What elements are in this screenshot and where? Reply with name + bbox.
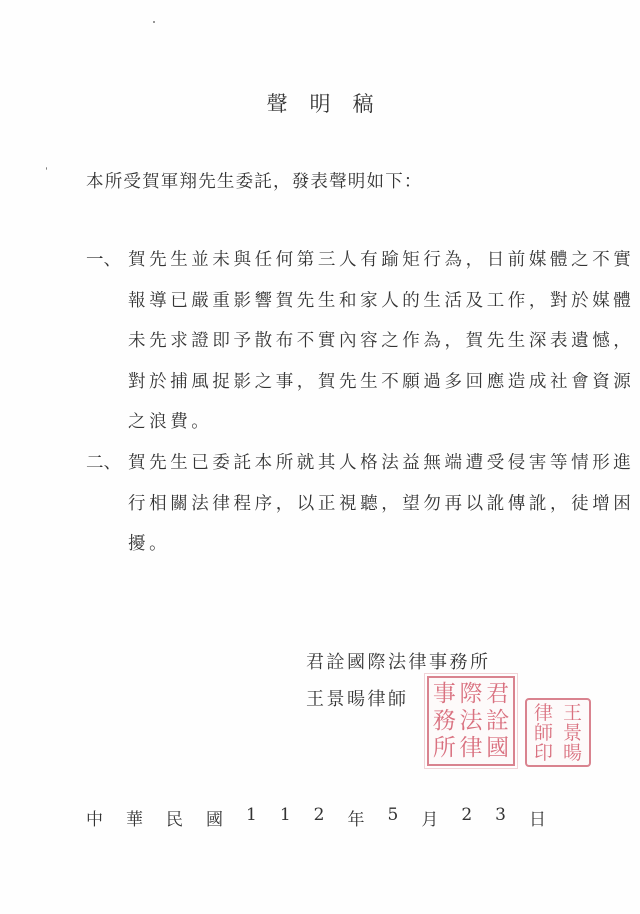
scan-speck xyxy=(153,21,155,23)
date-part: 2 xyxy=(314,805,325,830)
seal-char: 景 xyxy=(563,723,582,743)
item-line: 二、賀先生已委託本所就其人格法益無端遭受侵害等情形進 xyxy=(86,443,556,484)
seal-column: 君 詮 國 xyxy=(486,681,509,761)
date-part: 民 xyxy=(166,805,183,830)
seal-char: 際 xyxy=(459,681,482,707)
date-part: 國 xyxy=(206,805,223,830)
date-part: 1 xyxy=(246,805,257,830)
document-date: 中 華 民 國 1 1 2 年 5 月 2 3 日 xyxy=(86,805,546,830)
seal-char: 律 xyxy=(534,703,553,723)
intro-paragraph: 本所受賀軍翔先生委託，發表聲明如下： xyxy=(86,168,423,193)
item-line: 一、賀先生並未與任何第三人有踰矩行為，日前媒體之不實 xyxy=(86,240,556,281)
date-part: 2 xyxy=(461,805,472,830)
item-number: 二、 xyxy=(86,443,128,484)
item-text: 賀先生已委託本所就其人格法益無端遭受侵害等情形進 xyxy=(128,453,634,473)
seal-column: 王 景 暘 xyxy=(563,703,582,762)
seal-char: 所 xyxy=(433,735,456,761)
date-part: 3 xyxy=(495,805,506,830)
lawyer-name: 王景暘律師 xyxy=(306,685,409,711)
seal-column: 事 務 所 xyxy=(433,681,456,761)
seal-grid: 王 景 暘 律 師 印 xyxy=(527,700,589,765)
item-line: 之浪費。 xyxy=(86,402,556,443)
seal-char: 王 xyxy=(563,703,582,723)
seal-column: 際 法 律 xyxy=(459,681,482,761)
document-title: 聲明稿 xyxy=(0,88,640,118)
date-part: 1 xyxy=(280,805,291,830)
seal-char: 印 xyxy=(534,743,553,763)
lawyer-seal: 王 景 暘 律 師 印 xyxy=(525,698,591,767)
seal-char: 君 xyxy=(486,681,509,707)
statement-item-2: 二、賀先生已委託本所就其人格法益無端遭受侵害等情形進 行相關法律程序，以正視聽，… xyxy=(86,443,556,565)
law-firm-name: 君詮國際法律事務所 xyxy=(306,648,491,674)
date-part: 年 xyxy=(347,805,364,830)
statement-item-1: 一、賀先生並未與任何第三人有踰矩行為，日前媒體之不實 報導已嚴重影響賀先生和家人… xyxy=(86,240,556,443)
item-line: 報導已嚴重影響賀先生和家人的生活及工作，對於媒體 xyxy=(86,281,556,322)
seal-char: 國 xyxy=(486,735,509,761)
item-line: 行相關法律程序，以正視聽，望勿再以訛傳訛，徒增困 xyxy=(86,484,556,525)
seal-char: 詮 xyxy=(486,708,509,734)
item-line: 擾。 xyxy=(86,524,556,565)
scan-speck xyxy=(46,167,47,170)
date-part: 華 xyxy=(126,805,143,830)
date-part: 日 xyxy=(529,805,546,830)
date-part: 中 xyxy=(86,805,103,830)
seal-char: 律 xyxy=(459,735,482,761)
item-number: 一、 xyxy=(86,240,128,281)
document-page: 聲明稿 本所受賀軍翔先生委託，發表聲明如下： 一、賀先生並未與任何第三人有踰矩行… xyxy=(0,0,640,914)
item-text: 賀先生並未與任何第三人有踰矩行為，日前媒體之不實 xyxy=(128,250,634,270)
date-part: 5 xyxy=(387,805,398,830)
seal-char: 暘 xyxy=(563,743,582,763)
seal-column: 律 師 印 xyxy=(534,703,553,762)
item-line: 未先求證即予散布不實內容之作為，賀先生深表遺憾， xyxy=(86,321,556,362)
date-part: 月 xyxy=(421,805,438,830)
seal-grid: 君 詮 國 際 法 律 事 務 所 xyxy=(429,678,513,764)
seal-char: 師 xyxy=(534,723,553,743)
law-firm-seal: 君 詮 國 際 法 律 事 務 所 xyxy=(427,676,515,766)
seal-char: 務 xyxy=(433,708,456,734)
seal-char: 事 xyxy=(433,681,456,707)
item-line: 對於捕風捉影之事，賀先生不願過多回應造成社會資源 xyxy=(86,362,556,403)
seal-char: 法 xyxy=(459,708,482,734)
